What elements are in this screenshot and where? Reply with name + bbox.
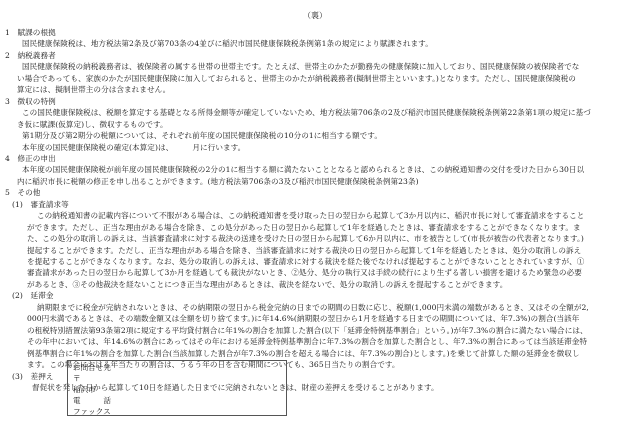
text-line: 納期限までに税金が完納されないときは、その納期限の翌日から税金完納の日までの期間…: [37, 302, 589, 313]
text-line: (2) 延滞金: [12, 290, 53, 301]
text-line: 3 徴収の特例: [5, 96, 56, 107]
page-title: （裏）: [0, 11, 630, 21]
text-line: 000円未満であるときは、その端数金額又は全額を切り捨てます。)に年14.6%(…: [27, 313, 579, 324]
text-line: た、この処分の取消しの訴えは、当該審査請求に対する裁決の送達を受けた日の翌日から…: [27, 233, 584, 244]
contact-box: お問合せ先 〒 稲沢市 電 話 ファックス: [67, 360, 287, 416]
contact-heading: お問合せ先: [73, 362, 111, 373]
text-line: (1) 審査請求等: [12, 199, 69, 210]
tax-notice-back-page: （裏） 1 賦課の根拠国民健康保険税は、地方税法第2条及び第703条の4並びに稲…: [0, 0, 630, 439]
text-line: 2 納税義務者: [5, 50, 56, 61]
text-line: 算定には、擬制世帯主の分は含まれません。: [17, 84, 170, 95]
text-line: 内に稲沢市長に税額の修正を申し出ることができます。(地方税法第706条の3及び稲…: [17, 176, 419, 187]
contact-fax-label: ファックス: [73, 406, 111, 417]
text-line: 例基準割合に年1%の割合を加算した割合(当該加算した割合が年7.3%の割合を超え…: [27, 348, 580, 359]
text-line: 5 その他: [5, 187, 40, 198]
text-line: き仮に賦課(仮算定)し、徴収するものです。: [17, 119, 168, 130]
text-line: この国民健康保険税は、税額を算定する基礎となる所得金額等が確定していないため、地…: [22, 107, 591, 118]
text-line: 本年度の国民健康保険税が前年度の国民健康保険税の2分の1に相当する額に満たないこ…: [22, 164, 584, 175]
text-line: い場合であっても、家族のかたが国民健康保険に加入しておられると、世帯主のかたが納…: [17, 73, 576, 84]
text-line: 第1期分及び第2期分の税額については、それぞれ前年度の国民健康保険税の10分の1…: [22, 130, 382, 141]
text-line: この納税通知書の記載内容について不服がある場合は、この納税通知書を受け取った日の…: [37, 210, 584, 221]
text-line: 4 修正の申出: [5, 153, 56, 164]
text-line: があるとき、③その他裁決を経ないことにつき正当な理由があるときは、裁決を経ないで…: [27, 279, 507, 290]
text-line: 本年度の国民健康保険税の確定(本算定)は、 月に行います。: [22, 142, 245, 153]
text-line: 国民健康保険税の納税義務者は、被保険者の属する世帯の世帯主です。たとえば、世帯主…: [22, 61, 579, 72]
text-line: ができます。ただし、正当な理由がある場合を除き、この処分があった日の翌日から起算…: [27, 222, 581, 233]
text-line: 提起することができます。ただし、正当な理由がある場合を除き、当該審査請求に対する…: [27, 245, 581, 256]
contact-city: 稲沢市: [73, 384, 96, 395]
text-line: を提起することができなくなります。なお、処分の取消しの訴えは、審査請求に対する裁…: [27, 256, 584, 267]
text-line: (3) 差押え: [12, 371, 53, 382]
text-line: 審査請求があった日の翌日から起算して3か月を経過しても裁決がないとき、②処分、処…: [27, 267, 582, 278]
text-line: の租税特別措置法第93条第2項に規定する平均貸付割合に年1%の割合を加算した割合…: [27, 325, 588, 336]
text-line: 国民健康保険税は、地方税法第2条及び第703条の4並びに稲沢市国民健康保険税条例…: [22, 38, 433, 49]
contact-postal-label: 〒: [73, 373, 81, 384]
text-line: 1 賦課の根拠: [5, 27, 56, 38]
text-line: その年中においては、年14.6%の割合にあってはその年における延滞金特例基準割合…: [27, 336, 587, 347]
contact-phone-label: 電 話: [73, 395, 111, 406]
